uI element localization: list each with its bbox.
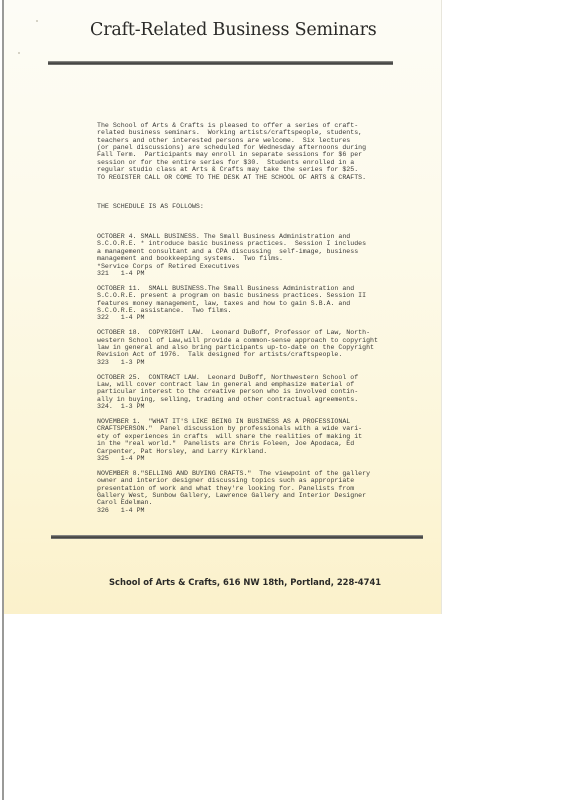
paper-speck xyxy=(18,52,20,54)
session-entry: OCTOBER 4. SMALL BUSINESS. The Small Bus… xyxy=(97,233,457,277)
session-entry: OCTOBER 18. COPYRIGHT LAW. Leonard DuBof… xyxy=(97,329,457,366)
bottom-divider xyxy=(51,535,423,539)
footer-address: School of Arts & Crafts, 616 NW 18th, Po… xyxy=(109,577,429,587)
schedule-heading: THE SCHEDULE IS AS FOLLOWS: xyxy=(97,203,457,210)
session-entry: NOVEMBER 1. "WHAT IT'S LIKE BEING IN BUS… xyxy=(97,418,457,462)
session-list: OCTOBER 4. SMALL BUSINESS. The Small Bus… xyxy=(97,233,457,514)
top-divider xyxy=(48,61,393,65)
intro-paragraph: The School of Arts & Crafts is pleased t… xyxy=(97,122,457,181)
page-title: Craft-Related Business Seminars xyxy=(90,20,390,40)
paper-speck xyxy=(36,20,38,22)
session-entry: OCTOBER 11. SMALL BUSINESS.The Small Bus… xyxy=(97,285,457,322)
session-entry: OCTOBER 25. CONTRACT LAW. Leonard DuBoff… xyxy=(97,374,457,411)
session-entry: NOVEMBER 8."SELLING AND BUYING CRAFTS." … xyxy=(97,470,457,514)
document-body: The School of Arts & Crafts is pleased t… xyxy=(97,107,457,529)
